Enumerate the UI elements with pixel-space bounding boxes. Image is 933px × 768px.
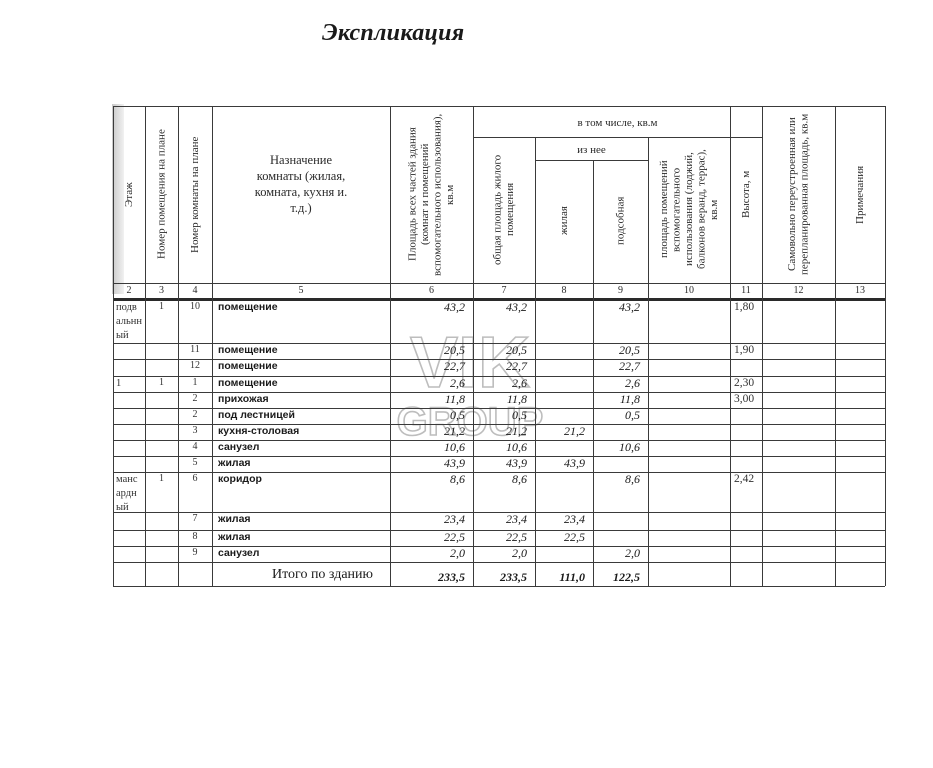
header-premise-number: Номер помещения на плане <box>147 110 176 279</box>
room-name: санузел <box>218 441 386 453</box>
height-value: 2,30 <box>732 377 762 389</box>
area-value-aux: 8,6 <box>595 473 640 485</box>
floor-label: манс ардн ый <box>114 473 146 515</box>
room-number: 5 <box>178 457 212 469</box>
area-value-area: 11,8 <box>392 393 465 405</box>
room-number: 3 <box>178 425 212 437</box>
area-value-aux: 2,6 <box>595 377 640 389</box>
column-number: 12 <box>762 285 835 297</box>
area-value-total-living: 11,8 <box>475 393 527 405</box>
room-name: помещение <box>218 301 386 313</box>
area-value-area: 2,0 <box>392 547 465 559</box>
column-number: 3 <box>145 285 178 297</box>
room-number: 7 <box>178 513 212 525</box>
room-name: помещение <box>218 360 386 372</box>
room-name: санузел <box>218 547 386 559</box>
room-number: 8 <box>178 531 212 543</box>
header-notes: Примечания <box>837 110 883 279</box>
area-value-living: 43,9 <box>537 457 585 469</box>
area-value-total-living: 43,2 <box>475 301 527 313</box>
area-value-aux: 11,8 <box>595 393 640 405</box>
height-value: 2,42 <box>732 473 762 485</box>
header-room-number: Номер комнаты на плане <box>180 110 210 279</box>
height-value: 1,90 <box>732 344 762 356</box>
premise-number: 1 <box>145 301 178 313</box>
total-total-living: 233,5 <box>475 571 527 585</box>
column-number: 11 <box>730 285 762 297</box>
area-value-total-living: 23,4 <box>475 513 527 525</box>
room-name: прихожая <box>218 393 386 405</box>
column-number: 2 <box>113 285 145 297</box>
total-aux: 122,5 <box>595 571 640 585</box>
header-living: жилая <box>537 163 591 279</box>
area-value-total-living: 21,2 <box>475 425 527 437</box>
area-value-total-living: 0,5 <box>475 409 527 421</box>
column-number: 9 <box>593 285 648 297</box>
header-rule <box>473 137 762 138</box>
area-value-area: 0,5 <box>392 409 465 421</box>
room-number: 2 <box>178 393 212 405</box>
header-unauthorized-area: Самовольно переустроенная или перепланир… <box>764 110 833 279</box>
room-number: 1 <box>178 377 212 389</box>
column-number: 4 <box>178 285 212 297</box>
column-number: 10 <box>648 285 730 297</box>
area-value-aux: 20,5 <box>595 344 640 356</box>
area-value-total-living: 2,0 <box>475 547 527 559</box>
header-purpose: Назначение комнаты (жилая, комната, кухн… <box>252 152 350 222</box>
room-name: жилая <box>218 457 386 469</box>
area-value-aux: 10,6 <box>595 441 640 453</box>
table-bottom-border <box>113 586 885 587</box>
column-number: 8 <box>535 285 593 297</box>
column-rule <box>885 106 886 586</box>
column-rule <box>212 106 213 586</box>
document-title: Экспликация <box>322 20 464 47</box>
area-value-total-living: 10,6 <box>475 441 527 453</box>
area-value-area: 8,6 <box>392 473 465 485</box>
header-height: Высота, м <box>732 110 760 279</box>
area-value-area: 22,7 <box>392 360 465 372</box>
total-living: 111,0 <box>537 571 585 585</box>
area-value-aux: 22,7 <box>595 360 640 372</box>
premise-number: 1 <box>145 377 178 389</box>
room-number: 2 <box>178 409 212 421</box>
room-number: 12 <box>178 360 212 372</box>
header-total-area: Площадь всех частей здания (комнат и пом… <box>392 110 471 279</box>
column-number: 6 <box>390 285 473 297</box>
area-value-area: 2,6 <box>392 377 465 389</box>
room-name: жилая <box>218 513 386 525</box>
header-aux-use-area: площадь помещений вспомогательного испол… <box>650 140 728 279</box>
header-auxiliary: подсобная <box>595 163 646 279</box>
area-value-area: 10,6 <box>392 441 465 453</box>
area-value-area: 22,5 <box>392 531 465 543</box>
area-value-area: 23,4 <box>392 513 465 525</box>
column-number: 13 <box>835 285 885 297</box>
area-value-total-living: 8,6 <box>475 473 527 485</box>
header-of-which: из нее <box>535 144 648 158</box>
header-living-total-area: общая площадь жилого помещения <box>475 140 533 279</box>
area-value-total-living: 22,7 <box>475 360 527 372</box>
room-name: помещение <box>218 344 386 356</box>
area-value-living: 23,4 <box>537 513 585 525</box>
area-value-living: 21,2 <box>537 425 585 437</box>
room-name: коридор <box>218 473 386 485</box>
column-number: 7 <box>473 285 535 297</box>
room-name: жилая <box>218 531 386 543</box>
header-including: в том числе, кв.м <box>473 117 762 133</box>
total-label: Итого по зданию <box>272 569 380 585</box>
floor-label: подв альнн ый <box>114 301 146 343</box>
room-number: 6 <box>178 473 212 485</box>
area-value-total-living: 2,6 <box>475 377 527 389</box>
area-value-area: 43,9 <box>392 457 465 469</box>
area-value-total-living: 20,5 <box>475 344 527 356</box>
area-value-area: 43,2 <box>392 301 465 313</box>
area-value-area: 21,2 <box>392 425 465 437</box>
table-top-border <box>113 106 885 107</box>
floor-label: 1 <box>114 377 146 391</box>
area-value-area: 20,5 <box>392 344 465 356</box>
height-value: 1,80 <box>732 301 762 313</box>
room-number: 4 <box>178 441 212 453</box>
height-value: 3,00 <box>732 393 762 405</box>
header-floor: Этаж <box>115 110 143 279</box>
room-name: помещение <box>218 377 386 389</box>
row-rule <box>113 562 885 563</box>
column-number: 5 <box>212 285 390 297</box>
total-area: 233,5 <box>392 571 465 585</box>
area-value-total-living: 43,9 <box>475 457 527 469</box>
area-value-aux: 2,0 <box>595 547 640 559</box>
room-name: под лестницей <box>218 409 386 421</box>
room-number: 9 <box>178 547 212 559</box>
room-number: 10 <box>178 301 212 313</box>
room-number: 11 <box>178 344 212 356</box>
area-value-aux: 0,5 <box>595 409 640 421</box>
area-value-living: 22,5 <box>537 531 585 543</box>
header-rule <box>535 160 648 161</box>
area-value-aux: 43,2 <box>595 301 640 313</box>
premise-number: 1 <box>145 473 178 485</box>
area-value-total-living: 22,5 <box>475 531 527 543</box>
room-name: кухня-столовая <box>218 425 386 437</box>
